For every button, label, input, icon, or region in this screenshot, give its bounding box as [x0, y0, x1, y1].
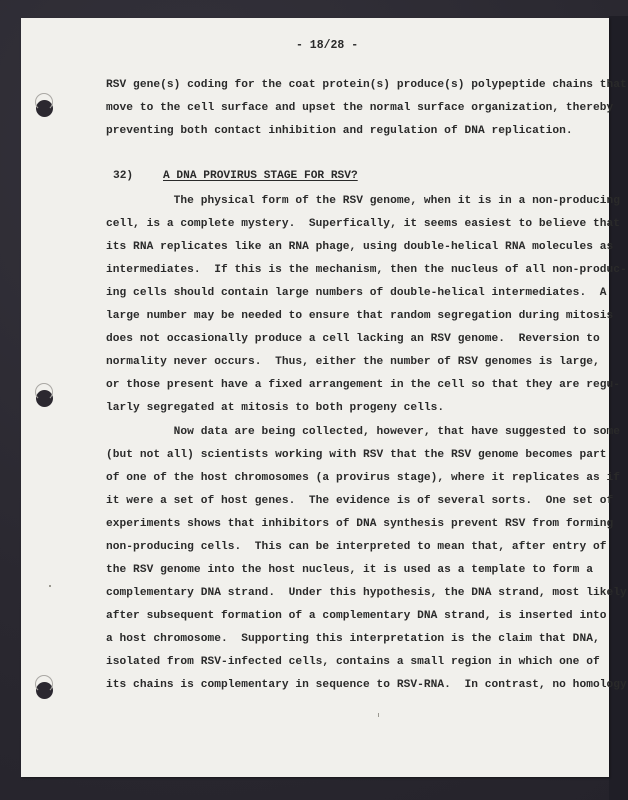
binder-hole [36, 100, 53, 117]
text-line: (but not all) scientists working with RS… [106, 449, 607, 461]
text-line: non-producing cells. This can be interpr… [106, 541, 607, 553]
paper-speck [378, 713, 379, 717]
text-line: isolated from RSV-infected cells, contai… [106, 656, 600, 668]
text-line: cell, is a complete mystery. Superficall… [106, 218, 620, 230]
text-line: complementary DNA strand. Under this hyp… [106, 587, 627, 599]
page-number: - 18/28 - [296, 39, 358, 52]
text-line: experiments shows that inhibitors of DNA… [106, 518, 613, 530]
text-line: RSV gene(s) coding for the coat protein(… [106, 79, 627, 91]
text-line: its RNA replicates like an RNA phage, us… [106, 241, 613, 253]
section-title: A DNA PROVIRUS STAGE FOR RSV? [163, 170, 358, 182]
section-number: 32) [113, 170, 133, 182]
text-line: does not occasionally produce a cell lac… [106, 333, 600, 345]
paper-speck [49, 585, 51, 587]
text-line: larly segregated at mitosis to both prog… [106, 402, 444, 414]
text-line: ing cells should contain large numbers o… [106, 287, 607, 299]
text-line: normality never occurs. Thus, either the… [106, 356, 600, 368]
binder-hole [36, 390, 53, 407]
text-line: move to the cell surface and upset the n… [106, 102, 613, 114]
text-line: Now data are being collected, however, t… [106, 426, 620, 438]
text-line: large number may be needed to ensure tha… [106, 310, 613, 322]
text-line: or those present have a fixed arrangemen… [106, 379, 620, 391]
text-line: of one of the host chromosomes (a provir… [106, 472, 620, 484]
text-line: The physical form of the RSV genome, whe… [106, 195, 620, 207]
text-line: after subsequent formation of a compleme… [106, 610, 607, 622]
text-line: intermediates. If this is the mechanism,… [106, 264, 627, 276]
text-line: preventing both contact inhibition and r… [106, 125, 573, 137]
text-line: the RSV genome into the host nucleus, it… [106, 564, 593, 576]
binder-hole [36, 682, 53, 699]
text-line: a host chromosome. Supporting this inter… [106, 633, 600, 645]
text-line: it were a set of host genes. The evidenc… [106, 495, 613, 507]
text-line: its chains is complementary in sequence … [106, 679, 627, 691]
